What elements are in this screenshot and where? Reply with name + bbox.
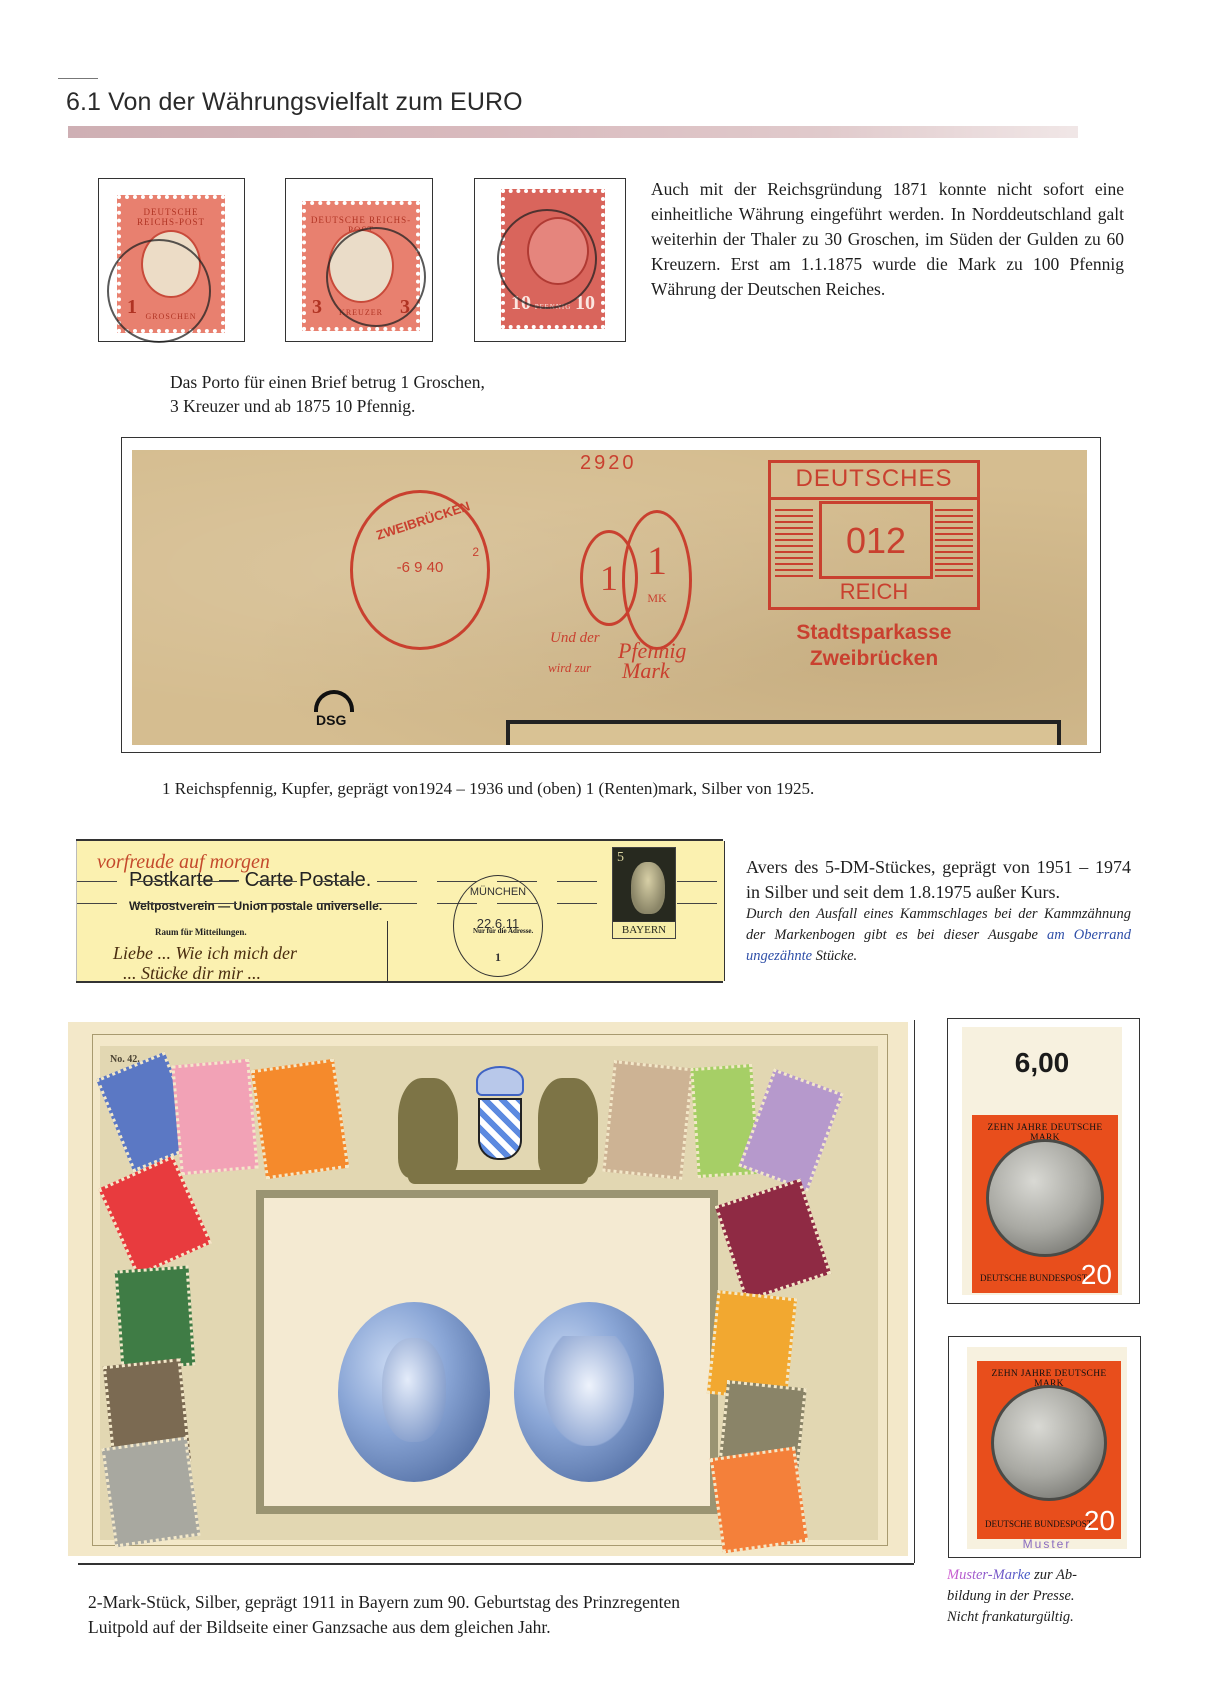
sender-imprint: Stadtsparkasse Zweibrücken xyxy=(768,620,980,672)
postmark-suffix: 2 xyxy=(472,545,479,559)
luitpold-portrait xyxy=(631,862,665,914)
stamp-bottom-text: DEUTSCHE BUNDESPOST xyxy=(980,1273,1087,1283)
dm-stamp-20-muster: ZEHN JAHRE DEUTSCHE MARK DEUTSCHE BUNDES… xyxy=(977,1361,1121,1539)
bavaria-stamp-25pf xyxy=(710,1446,809,1553)
meter-bottom-text: REICH xyxy=(771,579,977,605)
muster-label: Muster-Marke xyxy=(947,1567,1030,1583)
stamp-bottom-text: DEUTSCHE BUNDESPOST xyxy=(985,1519,1092,1529)
porto-caption-line1: Das Porto für einen Brief betrug 1 Grosc… xyxy=(170,370,485,394)
meter-top-text: DEUTSCHES xyxy=(771,465,977,493)
muster-caption-line3: Nicht frankaturgültig. xyxy=(947,1607,1132,1628)
cancellation-mark xyxy=(326,227,426,327)
postcard-bottom-rule xyxy=(76,981,723,983)
header-rule xyxy=(58,78,98,79)
dm-description: Avers des 5-DM-Stückes, geprägt von 1951… xyxy=(746,855,1131,967)
postcard-divider xyxy=(387,921,388,981)
sender-line1: Stadtsparkasse xyxy=(768,620,980,646)
cancellation-mark xyxy=(107,239,211,343)
slogan-text: Und der xyxy=(550,630,600,647)
luitpold-profile xyxy=(382,1338,446,1442)
stamp-label: DEUTSCHE REICHS-POST xyxy=(121,207,221,227)
porto-caption: Das Porto für einen Brief betrug 1 Grosc… xyxy=(170,370,485,418)
lion-left xyxy=(398,1078,458,1178)
dm-note-end: Stücke. xyxy=(816,948,857,964)
bavaria-stamp-2pf xyxy=(101,1437,200,1548)
five-dm-coin-eagle xyxy=(991,1385,1107,1501)
bavaria-stamp-5pf xyxy=(115,1266,196,1371)
arms-base xyxy=(408,1170,588,1184)
porto-caption-line2: 3 Kreuzer und ab 1875 10 Pfennig. xyxy=(170,394,485,418)
coin-panel xyxy=(256,1190,718,1514)
envelope-window xyxy=(506,720,1061,745)
stamp-10-pfennig: 10 10 PFENNIG xyxy=(501,189,605,329)
zweibruecken-postmark: ZWEIBRÜCKEN 2 -6 9 40 xyxy=(350,490,490,650)
stamp-3-kreuzer: DEUTSCHE REICHS-POST 3 3 KREUZER xyxy=(302,201,420,331)
envelope-frame: ZWEIBRÜCKEN 2 -6 9 40 2920 1 1 MK Und de… xyxy=(121,437,1101,753)
ganzsache-caption-line1: 2-Mark-Stück, Silber, geprägt 1911 in Ba… xyxy=(88,1590,680,1615)
ganzsache-bottom-rule xyxy=(78,1563,914,1565)
meter-value-box: 012 xyxy=(819,501,933,579)
envelope-cover: ZWEIBRÜCKEN 2 -6 9 40 2920 1 1 MK Und de… xyxy=(132,450,1087,745)
bavaria-stamp-3mark xyxy=(602,1060,693,1180)
coin-caption: 1 Reichspfennig, Kupfer, geprägt von1924… xyxy=(162,777,814,801)
postcard-address-note: Nur für die Adresse. xyxy=(473,927,533,935)
meter-stripes-left xyxy=(775,507,813,577)
imperial-eagle xyxy=(544,1336,634,1446)
stamp-frame-kreuzer: DEUTSCHE REICHS-POST 3 3 KREUZER xyxy=(285,178,433,342)
page-title: 6.1 Von der Währungsvielfalt zum EURO xyxy=(66,88,523,117)
bavarian-coat-of-arms xyxy=(388,1058,608,1188)
postmark-city: ZWEIBRÜCKEN xyxy=(364,495,483,546)
ganzsache-postcard: No. 42. xyxy=(68,1022,908,1556)
dm-stamp-20: ZEHN JAHRE DEUTSCHE MARK DEUTSCHE BUNDES… xyxy=(972,1115,1118,1293)
dm-stamp-frame-muster: ZEHN JAHRE DEUTSCHE MARK DEUTSCHE BUNDES… xyxy=(948,1336,1141,1558)
stamp-value: 20 xyxy=(1081,1259,1112,1291)
ganzsache-caption: 2-Mark-Stück, Silber, geprägt 1911 in Ba… xyxy=(88,1590,680,1640)
muenchen-postmark: MÜNCHEN 22.6.11 1 xyxy=(453,875,543,977)
meter-stripes-right xyxy=(935,507,973,577)
postmark-date: -6 9 40 xyxy=(353,559,487,576)
coin-reverse-eagle xyxy=(514,1302,664,1482)
dm-description-note: Durch den Ausfall eines Kammschlages bei… xyxy=(746,904,1131,967)
bayern-5-stamp: 5 BAYERN xyxy=(612,847,676,939)
five-dm-coin-eagle xyxy=(986,1139,1104,1257)
dm-stamp-frame-margin: 6,00 ZEHN JAHRE DEUTSCHE MARK DEUTSCHE B… xyxy=(947,1018,1140,1304)
sheet-margin: 6,00 ZEHN JAHRE DEUTSCHE MARK DEUTSCHE B… xyxy=(962,1027,1122,1295)
lion-right xyxy=(538,1078,598,1178)
bavaria-stamp-1mark xyxy=(171,1059,258,1175)
shield xyxy=(478,1098,522,1160)
muster-overprint: Muster xyxy=(967,1537,1127,1551)
muster-caption-line2: bildung in der Presse. xyxy=(947,1586,1132,1607)
stamp-value: 5 xyxy=(617,850,624,866)
ganzsache-frame: No. 42. xyxy=(64,1020,915,1563)
meter-value: 012 xyxy=(822,520,930,562)
mark-coin: 1 MK xyxy=(622,510,692,650)
stamp-value: 20 xyxy=(1084,1505,1115,1537)
meter-number: 2920 xyxy=(580,452,637,475)
stamp-frame-pfennig: 10 10 PFENNIG xyxy=(474,178,626,342)
handwriting: Liebe ... Wie ich mich der xyxy=(113,943,297,964)
slogan-text: Mark xyxy=(622,658,670,684)
dsg-logo-arc xyxy=(314,690,354,712)
bavaria-stamp-2mark xyxy=(251,1059,349,1180)
postmark-number: 1 xyxy=(454,950,542,965)
muster-caption-line1: zur Ab- xyxy=(1030,1567,1076,1583)
stamp-paper: ZEHN JAHRE DEUTSCHE MARK DEUTSCHE BUNDES… xyxy=(967,1347,1127,1549)
postcard-subheading: Weltpostverein — Union postale universel… xyxy=(129,899,382,913)
ganzsache-caption-line2: Luitpold auf der Bildseite einer Ganzsac… xyxy=(88,1615,680,1640)
stamp-1-groschen: DEUTSCHE REICHS-POST 1 GROSCHEN xyxy=(117,195,225,333)
coin-big-unit: MK xyxy=(625,591,689,606)
postmark-city: MÜNCHEN xyxy=(454,886,542,898)
meter-imprint: DEUTSCHES 012 REICH xyxy=(768,460,980,610)
meter-divider xyxy=(771,497,977,500)
coin-obverse-luitpold xyxy=(338,1302,490,1482)
dm-description-main: Avers des 5-DM-Stückes, geprägt von 1951… xyxy=(746,855,1131,905)
dsg-logo: DSG xyxy=(306,686,362,732)
postcard-note: Raum für Mitteilungen. xyxy=(155,927,247,937)
crown xyxy=(476,1066,524,1096)
stamp-label: BAYERN xyxy=(613,921,675,938)
dsg-logo-text: DSG xyxy=(316,712,346,728)
intro-paragraph: Auch mit der Reichsgründung 1871 konnte … xyxy=(651,177,1124,302)
sender-line2: Zweibrücken xyxy=(768,646,980,672)
coin-big-value: 1 xyxy=(625,537,689,584)
title-underline-bar xyxy=(68,126,1078,138)
slogan-text: wird zur xyxy=(548,660,591,676)
muster-caption: Muster-Marke zur Ab- bildung in der Pres… xyxy=(947,1565,1132,1628)
margin-value: 6,00 xyxy=(962,1047,1122,1079)
stamp-frame-groschen: DEUTSCHE REICHS-POST 1 GROSCHEN xyxy=(98,178,245,342)
postcard-strip: vorfreude auf morgen Postkarte — Carte P… xyxy=(76,841,725,981)
cancellation-mark xyxy=(497,209,597,309)
